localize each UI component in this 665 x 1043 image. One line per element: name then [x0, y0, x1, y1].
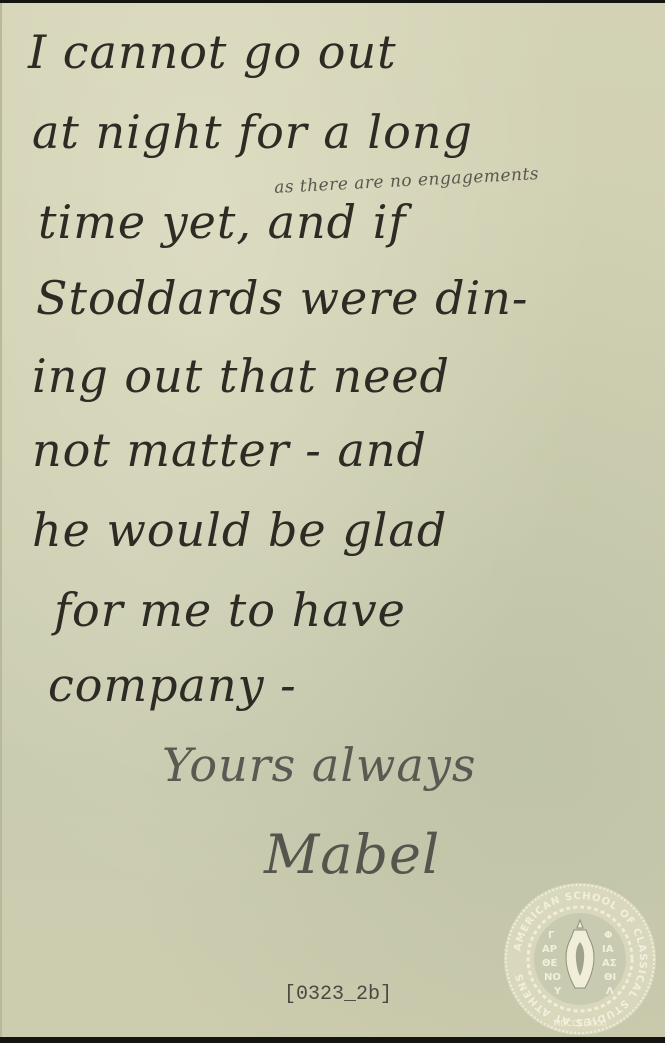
svg-text:Φ: Φ — [604, 930, 613, 941]
signature: Mabel — [264, 823, 440, 886]
interlinear-note: as there are no engagements — [274, 164, 540, 198]
closing-line: Yours always — [162, 738, 476, 792]
svg-text:Γ: Γ — [548, 930, 555, 941]
letter-line-5: ing out that need — [32, 349, 450, 403]
letter-line-2: at night for a long — [32, 105, 473, 159]
svg-text:ΘΙ: ΘΙ — [604, 972, 616, 983]
svg-text:ΝΟ: ΝΟ — [544, 972, 561, 983]
letter-line-1: I cannot go out — [28, 25, 397, 79]
svg-text:Υ: Υ — [553, 986, 562, 997]
catalog-number: [0323_2b] — [284, 983, 392, 1006]
letter-line-3: time yet, and if — [38, 195, 406, 249]
letter-line-9: company - — [48, 658, 297, 712]
scan-border-bottom — [0, 1037, 665, 1043]
archive-seal-icon: AMERICAN SCHOOL OF CLASSICAL STUDIES AT … — [498, 880, 662, 1038]
svg-text:ΙΑ: ΙΑ — [602, 944, 614, 955]
letter-line-8: for me to have — [54, 583, 406, 637]
seal-year: MDCCCLXXXI — [553, 1019, 606, 1028]
svg-text:ΘΕ: ΘΕ — [542, 958, 558, 969]
svg-text:ΑΡ: ΑΡ — [542, 944, 557, 955]
svg-text:Λ: Λ — [606, 986, 614, 997]
letter-line-7: he would be glad — [32, 503, 447, 557]
svg-text:ΑΣ: ΑΣ — [602, 958, 617, 969]
letter-line-4: Stoddards were din- — [36, 271, 528, 325]
letter-line-6: not matter - and — [32, 423, 427, 477]
